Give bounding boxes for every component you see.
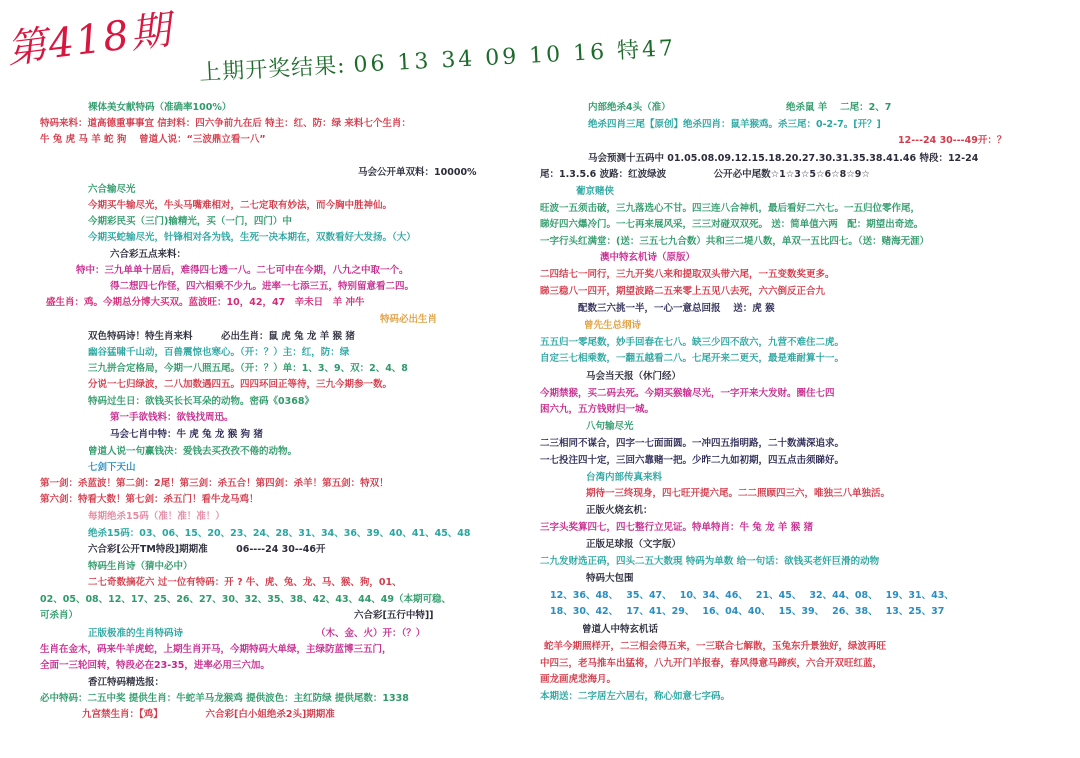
right-text-line: 正版火烧玄机： <box>586 504 653 518</box>
left-text-line: 双色特码诗！特生肖来料 必出生肖：鼠 虎 兔 龙 羊 猴 猪 <box>88 330 355 344</box>
right-text-line: 二九发财选正码，四头二五大数現 特码为单数 给一句话：欲钱买老奸巨滑的动物 <box>540 555 879 569</box>
left-text-line: 马会七肖中特：牛 虎 兔 龙 猴 狗 猪 <box>110 428 263 442</box>
left-text-line: 特中：三九单单十居后，难得四七透一八。二七可中在今期，八九之中取一个。 <box>76 264 409 278</box>
right-text-line: 马会预测十五码中 01.05.08.09.12.15.18.20.27.30.3… <box>588 152 978 166</box>
left-text-line: 第六剑：特看大数！第七剑：杀五门！看牛龙马鸡！ <box>40 493 259 507</box>
right-text-line: 葡京赌侠 <box>576 185 614 199</box>
right-text-line: 五五归一零尾数，妙手回春在七八。缺三少四不敌六，九营不难住二虎。 <box>540 336 844 350</box>
left-text-line: 曾道人说一句赢钱决：爱钱去买孜孜不倦的动物。 <box>88 445 297 459</box>
left-text-line: 七剑下天山 <box>88 461 136 475</box>
right-text-line: 绝杀鼠 羊 二尾：2、7 <box>786 101 891 115</box>
left-text-line: 全面一三轮回转，特段必在23-35，进率必用三六加。 <box>40 659 270 673</box>
left-text-line: 今期彩民买（三门)输精光，买（一门，四门）中 <box>88 215 292 229</box>
left-text-line: 第一手欲钱料：欲钱找周迅。 <box>110 411 234 425</box>
left-text-line: 特码生肖诗（猜中必中） <box>88 560 193 574</box>
right-text-line: 12、36、48、 35、47、 10、34、46、 21、45、 32、44、… <box>550 589 954 603</box>
left-text-line: 盛生肖：鸡。今期总分博大买双。蓝波旺：10，42，47 辛未日 羊 冲牛 <box>46 296 364 310</box>
result-label: 上期开奖结果: <box>199 53 347 86</box>
right-text-line: 一七投注四十定，三回六靠赌一把。少昨二九如初期，四五点击须睇好。 <box>540 454 844 468</box>
right-text-line: 配数三六挑一半，一心一意总回报 送：虎 猴 <box>578 302 775 316</box>
right-text-line: 绝杀四肖三尾【原创】绝杀四肖：鼠羊猴鸡。杀三尾：0-2-7。[开？] <box>588 118 881 132</box>
left-text-line: 六合彩五点来料： <box>110 248 186 262</box>
left-text-line: 裸体美女献特码（准确率100%） <box>88 101 231 115</box>
left-text-line: 可杀肖） <box>40 609 78 623</box>
right-text-line: 内部绝杀4头（准） <box>588 101 671 115</box>
left-text-line: 二七奇数摘花六 过一位有特码：开 ? 牛、虎、兔、龙、马、猴、狗，01、 <box>88 576 402 590</box>
left-text-line: 六合输尽光 <box>88 183 136 197</box>
right-text-line: 二三相同不谋合，四字一七面面圆。一冲四五指明路，二十数满深追求。 <box>540 437 844 451</box>
left-text-line: 特码过生日：欲钱买长长耳朵的动物。密码《0368》 <box>88 395 314 409</box>
left-text-line: 生肖在金木，码来牛羊虎蛇，上期生肖开马，今期特码大单绿，主绿防蓝博三五门， <box>40 643 392 657</box>
right-text-line: 睇好四六爆冷门。一七再来展风采，三三对碰双双死。 送：简单值六两 配：期望出奇迹… <box>540 218 923 232</box>
left-text-line: 今期买蛇输尽光，针锋相对各为钱，生死一决本期在，双数看好大发扬。（大） <box>88 231 416 245</box>
last-draw-result: 上期开奖结果: 06 13 34 09 10 16 特47 <box>198 31 676 87</box>
right-text-line: 中四三，老马推车出猛将，八九开门羊报春，春风得意马蹄疾，六合开双旺红蓝， <box>540 657 882 671</box>
right-text-line: 一字行头红满堂：(送：三五七九合数）共和三二堤八数，单双一五比四七。（送：赌海无… <box>540 235 929 249</box>
left-text-line: 九宫禁生肖：【鸡】 六合彩[白小姐绝杀2头]期期准 <box>82 708 335 722</box>
left-text-line: 分说一七归绿波，二八加数遇四五。四四环回正等待，三九今期参一数。 <box>88 378 392 392</box>
right-text-line: 尾：1.3.5.6 波路：红波绿波 公开必中尾数☆1☆3☆5☆6☆8☆9☆ <box>540 168 870 182</box>
right-text-line: 18、30、42、 17、41、29、 16、04、40、 15、39、 26、… <box>550 605 944 619</box>
right-text-line: 正版足球报（文字版） <box>586 538 681 552</box>
left-text-line: 马会公开单双料：10000% <box>358 166 477 180</box>
left-text-line: 每期绝杀15码（准！准！准！） <box>88 510 225 524</box>
right-text-line: 二四结七一同行，三九开奖八来和提取双头带六尾，一五变数奖更多。 <box>540 268 835 282</box>
right-text-line: 今期禁猴，买二码去死。今期买猴输尽光，一字开来大发财。圈住七四 <box>540 387 835 401</box>
right-text-line: 本期送：二字居左六居右，称心如意七字码。 <box>540 690 730 704</box>
right-text-line: 蛇羊今期照样开，二三相会得五来，一三联合七解散，玉兔东升景独好，绿波再旺 <box>544 640 886 654</box>
right-text-line: 画龙画虎悲海月。 <box>540 673 616 687</box>
right-text-line: 八句输尽光 <box>586 420 634 434</box>
left-text-line: 第一剑：杀蓝波！第二剑：2尾！第三剑：杀五合！第四剑：杀羊！第五剑：特双！ <box>40 477 389 491</box>
left-text-line: （木、金、火）开：（？） <box>316 627 425 641</box>
right-text-line: 台湾内部传真来料 <box>586 471 662 485</box>
right-text-line: 澳中特玄机诗（原版） <box>600 251 695 265</box>
left-text-line: 三九拼合定格局，今期一八照五尾。（开：？）单：1、3、9、双：2、4、8 <box>88 362 408 376</box>
right-text-line: 自定三七相乘数，一翻五越看二八。七尾开来二更天，最是难耐算十一。 <box>540 352 844 366</box>
left-text-line: 正版极准的生肖特码诗 <box>88 627 183 641</box>
left-text-line: 香江特码精选报： <box>88 676 164 690</box>
left-text-line: 幽谷猛啸千山动，百兽震惊也寒心。（开：？）主：红，防：绿 <box>88 346 349 360</box>
left-text-line: 得二想四七作怪，四六相乘不少九。进率一七添三五，特别留意看二四。 <box>110 280 414 294</box>
right-text-line: 曾先生总纲诗 <box>584 319 641 333</box>
issue-title: 第418期 <box>3 0 175 75</box>
right-text-line: 特码大包围 <box>586 572 634 586</box>
left-text-line: 六合彩[五行中特]] <box>354 609 434 623</box>
left-text-line: 今期买牛输尽光，牛头马嘴难相对，二七定取有妙法，而今胸中胜神仙。 <box>88 199 392 213</box>
result-numbers: 06 13 34 09 10 16 特47 <box>353 36 677 78</box>
right-text-line: 曾道人中特玄机话 <box>582 623 658 637</box>
right-text-line: 旺波一五须击破，三九落选心不甘。四三连八合神机，最后看好二六七。一五归位零作尾， <box>540 202 920 216</box>
right-text-line: 期待一三终现身，四七旺开提六尾。二二照顾四三六，唯独三八单独活。 <box>586 487 890 501</box>
right-text-line: 马会当天报（休门经） <box>586 370 681 384</box>
left-text-line: 02、05、08、12、17、25、26、27、30、32、35、38、42、4… <box>40 593 451 607</box>
right-text-line: 困六九，五方钱财归一城。 <box>540 403 654 417</box>
left-text-line: 特码来料：道高德重事事宜 信封料：四六争前九在后 特主：红、防：绿 来料七个生肖… <box>40 117 411 131</box>
left-text-line: 必中特码：二五中奖 提供生肖：牛蛇羊马龙猴鸡 提供波色：主红防绿 提供尾数：13… <box>40 692 409 706</box>
left-text-line: 绝杀15码：03、06、15、20、23、24、28、31、34、36、39、4… <box>88 527 471 541</box>
right-text-line: 睇三稳八一四开，期望波路二五来零上五见八去死，六六倒反正合九 <box>540 285 825 299</box>
left-text-line: 牛 兔 虎 马 羊 蛇 狗 曾道人说：“三波鼎立看一八” <box>40 133 266 147</box>
left-text-line: 特码必出生肖 <box>380 313 437 327</box>
right-text-line: 三字头奖算四七，四七整行立见证。特单特肖：牛 兔 龙 羊 猴 猪 <box>540 521 813 535</box>
left-text-line: 六合彩[公开TM特段]期期准 06----24 30--46开 <box>88 543 325 557</box>
right-text-line: 12---24 30---49开：？ <box>898 134 1006 148</box>
